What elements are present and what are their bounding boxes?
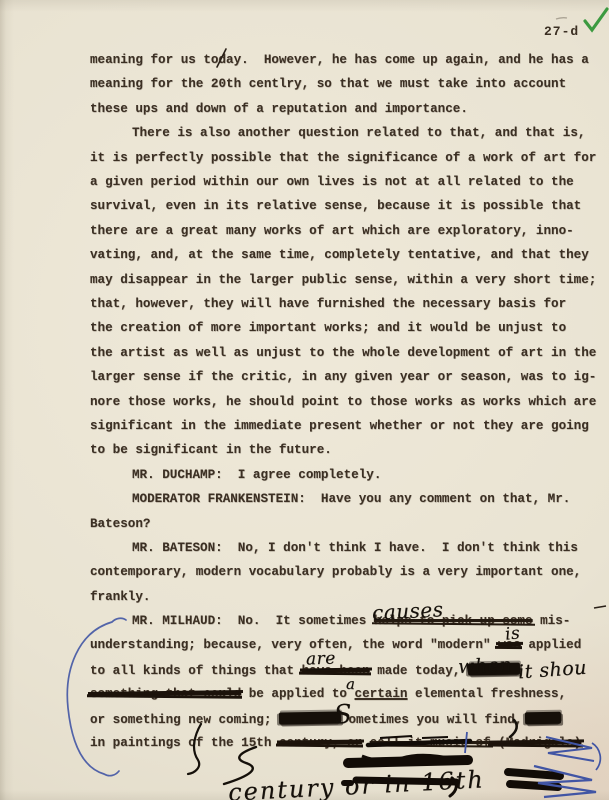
- dash-mark: [594, 606, 606, 608]
- underlined-text: certain: [355, 687, 408, 701]
- typed-text: ometimes you will find,: [349, 713, 523, 727]
- handwritten-when: when: [458, 654, 513, 678]
- typed-text: in paintings: [90, 736, 188, 750]
- typed-text: or something new coming;: [90, 713, 279, 727]
- speaker-line-milhaud: MR. MILHAUD: No. It sometimes helps to p…: [90, 614, 570, 629]
- handwritten-a-insert: a: [346, 675, 355, 693]
- typed-line: significant in the immediate present whe…: [90, 419, 589, 434]
- speaker-line-bateson: MR. BATESON: No, I don't think I have. I…: [90, 541, 578, 556]
- handwritten-capital-s: S: [333, 699, 353, 730]
- struck-text: something that could: [90, 687, 241, 701]
- typed-line: larger sense if the critic, in any given…: [90, 370, 596, 385]
- handwritten-is: is: [504, 623, 521, 644]
- typed-line: there are a great many works of art whic…: [90, 224, 574, 239]
- typed-line: contemporary, modern vocabulary probably…: [90, 565, 581, 580]
- typed-text: applied: [521, 638, 581, 652]
- typed-line: survival, even in its relative sense, be…: [90, 199, 581, 214]
- typed-line: meaning for us today. However, he has co…: [90, 53, 589, 68]
- black-redaction-blob: [508, 772, 560, 787]
- typed-line: to all kinds of things that have been ma…: [90, 663, 520, 679]
- struck-text: call it music of: [370, 736, 491, 750]
- handwritten-causes: causes: [371, 597, 444, 625]
- redacted-word: [279, 711, 341, 724]
- typed-line: vating, and, at the same time, completel…: [90, 248, 589, 263]
- typed-line: to be significant in the future.: [90, 443, 332, 458]
- typed-line: Bateson?: [90, 517, 150, 532]
- typed-line: the creation of more important works; an…: [90, 321, 566, 336]
- check-mark-icon: [585, 9, 607, 30]
- handwritten-are: are: [306, 648, 337, 670]
- typed-line: it is perfectly possible that the signif…: [90, 151, 596, 166]
- typed-text: [362, 736, 370, 750]
- typed-text: MR. MILHAUD: No. It sometimes: [132, 614, 374, 628]
- typed-text: to all kinds of things that: [90, 664, 302, 678]
- redacted-word: [525, 712, 561, 725]
- page-number: 27-d: [544, 24, 579, 39]
- typed-line: meaning for the 20th centlry, so that we…: [90, 77, 566, 92]
- typed-line: the artist as well as unjust to the whol…: [90, 346, 596, 361]
- black-scribble-blob: [362, 755, 454, 760]
- typed-text: be applied to: [241, 687, 354, 701]
- typed-text: made today,: [370, 664, 468, 678]
- typed-text: mis-: [533, 614, 571, 628]
- struck-text: (Madrigals): [491, 736, 582, 750]
- typed-line: something that could be applied to certa…: [90, 687, 566, 702]
- black-scribble-blob: [348, 760, 468, 763]
- struck-text: century, or: [279, 736, 362, 750]
- pencil-dash-mark: [556, 18, 567, 19]
- scanned-transcript-page: 27-d meaning for us today. However, he h…: [0, 0, 609, 800]
- typed-line: in paintings of the 15th century, or cal…: [90, 736, 581, 751]
- typed-text: understanding; because, very often, the …: [90, 638, 498, 652]
- typed-line: frankly.: [90, 590, 150, 605]
- typed-line: or something new coming; ometimes you wi…: [90, 712, 561, 728]
- typed-text: of: [188, 736, 203, 750]
- typed-text: elemental freshness,: [407, 687, 566, 701]
- typed-text: the 15th: [203, 736, 279, 750]
- typed-line: may disappear in the larger public sense…: [90, 273, 596, 288]
- handwritten-century-line: century or in 16th: [227, 765, 485, 800]
- typed-line: nore those works, he should point to tho…: [90, 395, 596, 410]
- handwritten-it-shou: it shou: [517, 657, 587, 684]
- typed-line: There is also another question related t…: [90, 126, 585, 141]
- blue-scribble-curl: [592, 743, 600, 770]
- typed-line: a given period within our own lives is n…: [90, 175, 574, 190]
- typed-line: that, however, they will have furnished …: [90, 297, 566, 312]
- speaker-line-moderator: MODERATOR FRANKENSTEIN: Have you any com…: [90, 492, 570, 507]
- speaker-line-duchamp: MR. DUCHAMP: I agree completely.: [90, 468, 381, 483]
- blue-scribble: [534, 766, 596, 797]
- typed-line: these ups and down of a reputation and i…: [90, 102, 468, 117]
